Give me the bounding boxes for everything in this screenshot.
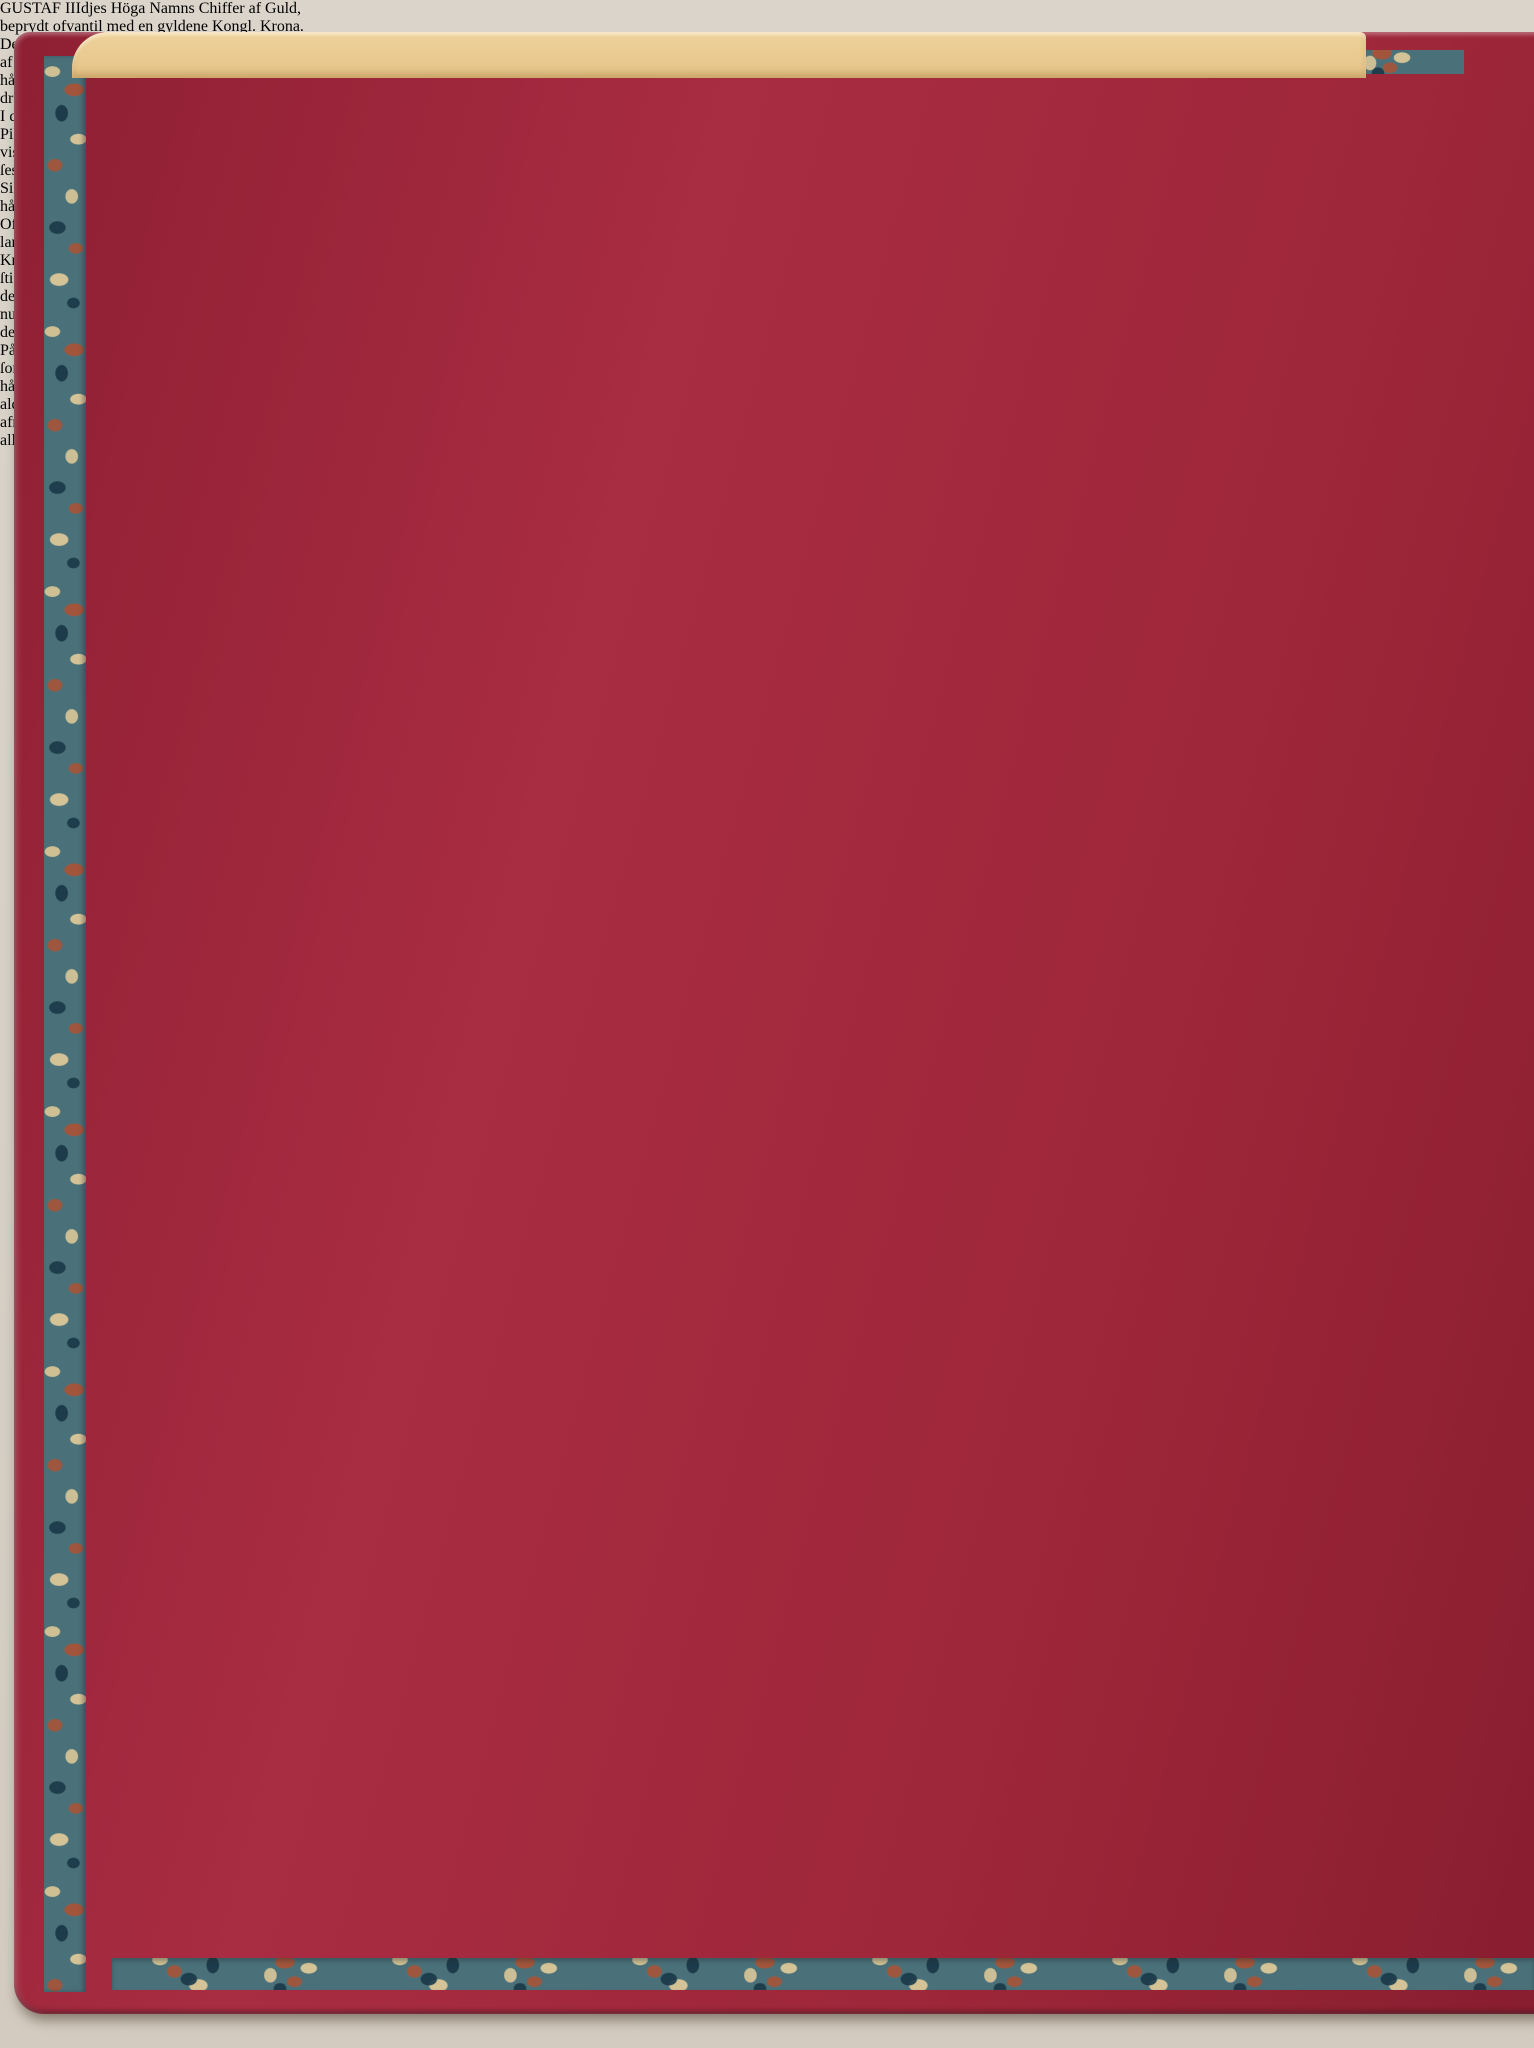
marbled-endpaper-bottom [112, 1958, 1534, 1990]
text-line: GUSTAF IIIdjes Höga Namns Chiffer af Gul… [0, 0, 1534, 18]
yellowed-page-edge-left [74, 60, 102, 1968]
yellowed-page-curl-top [72, 32, 1366, 78]
scanned-book-spread: GUSTAF IIIdjes Höga Namns Chiffer af Gul… [0, 0, 1534, 2048]
book-cover-red-leather [14, 32, 1534, 2014]
